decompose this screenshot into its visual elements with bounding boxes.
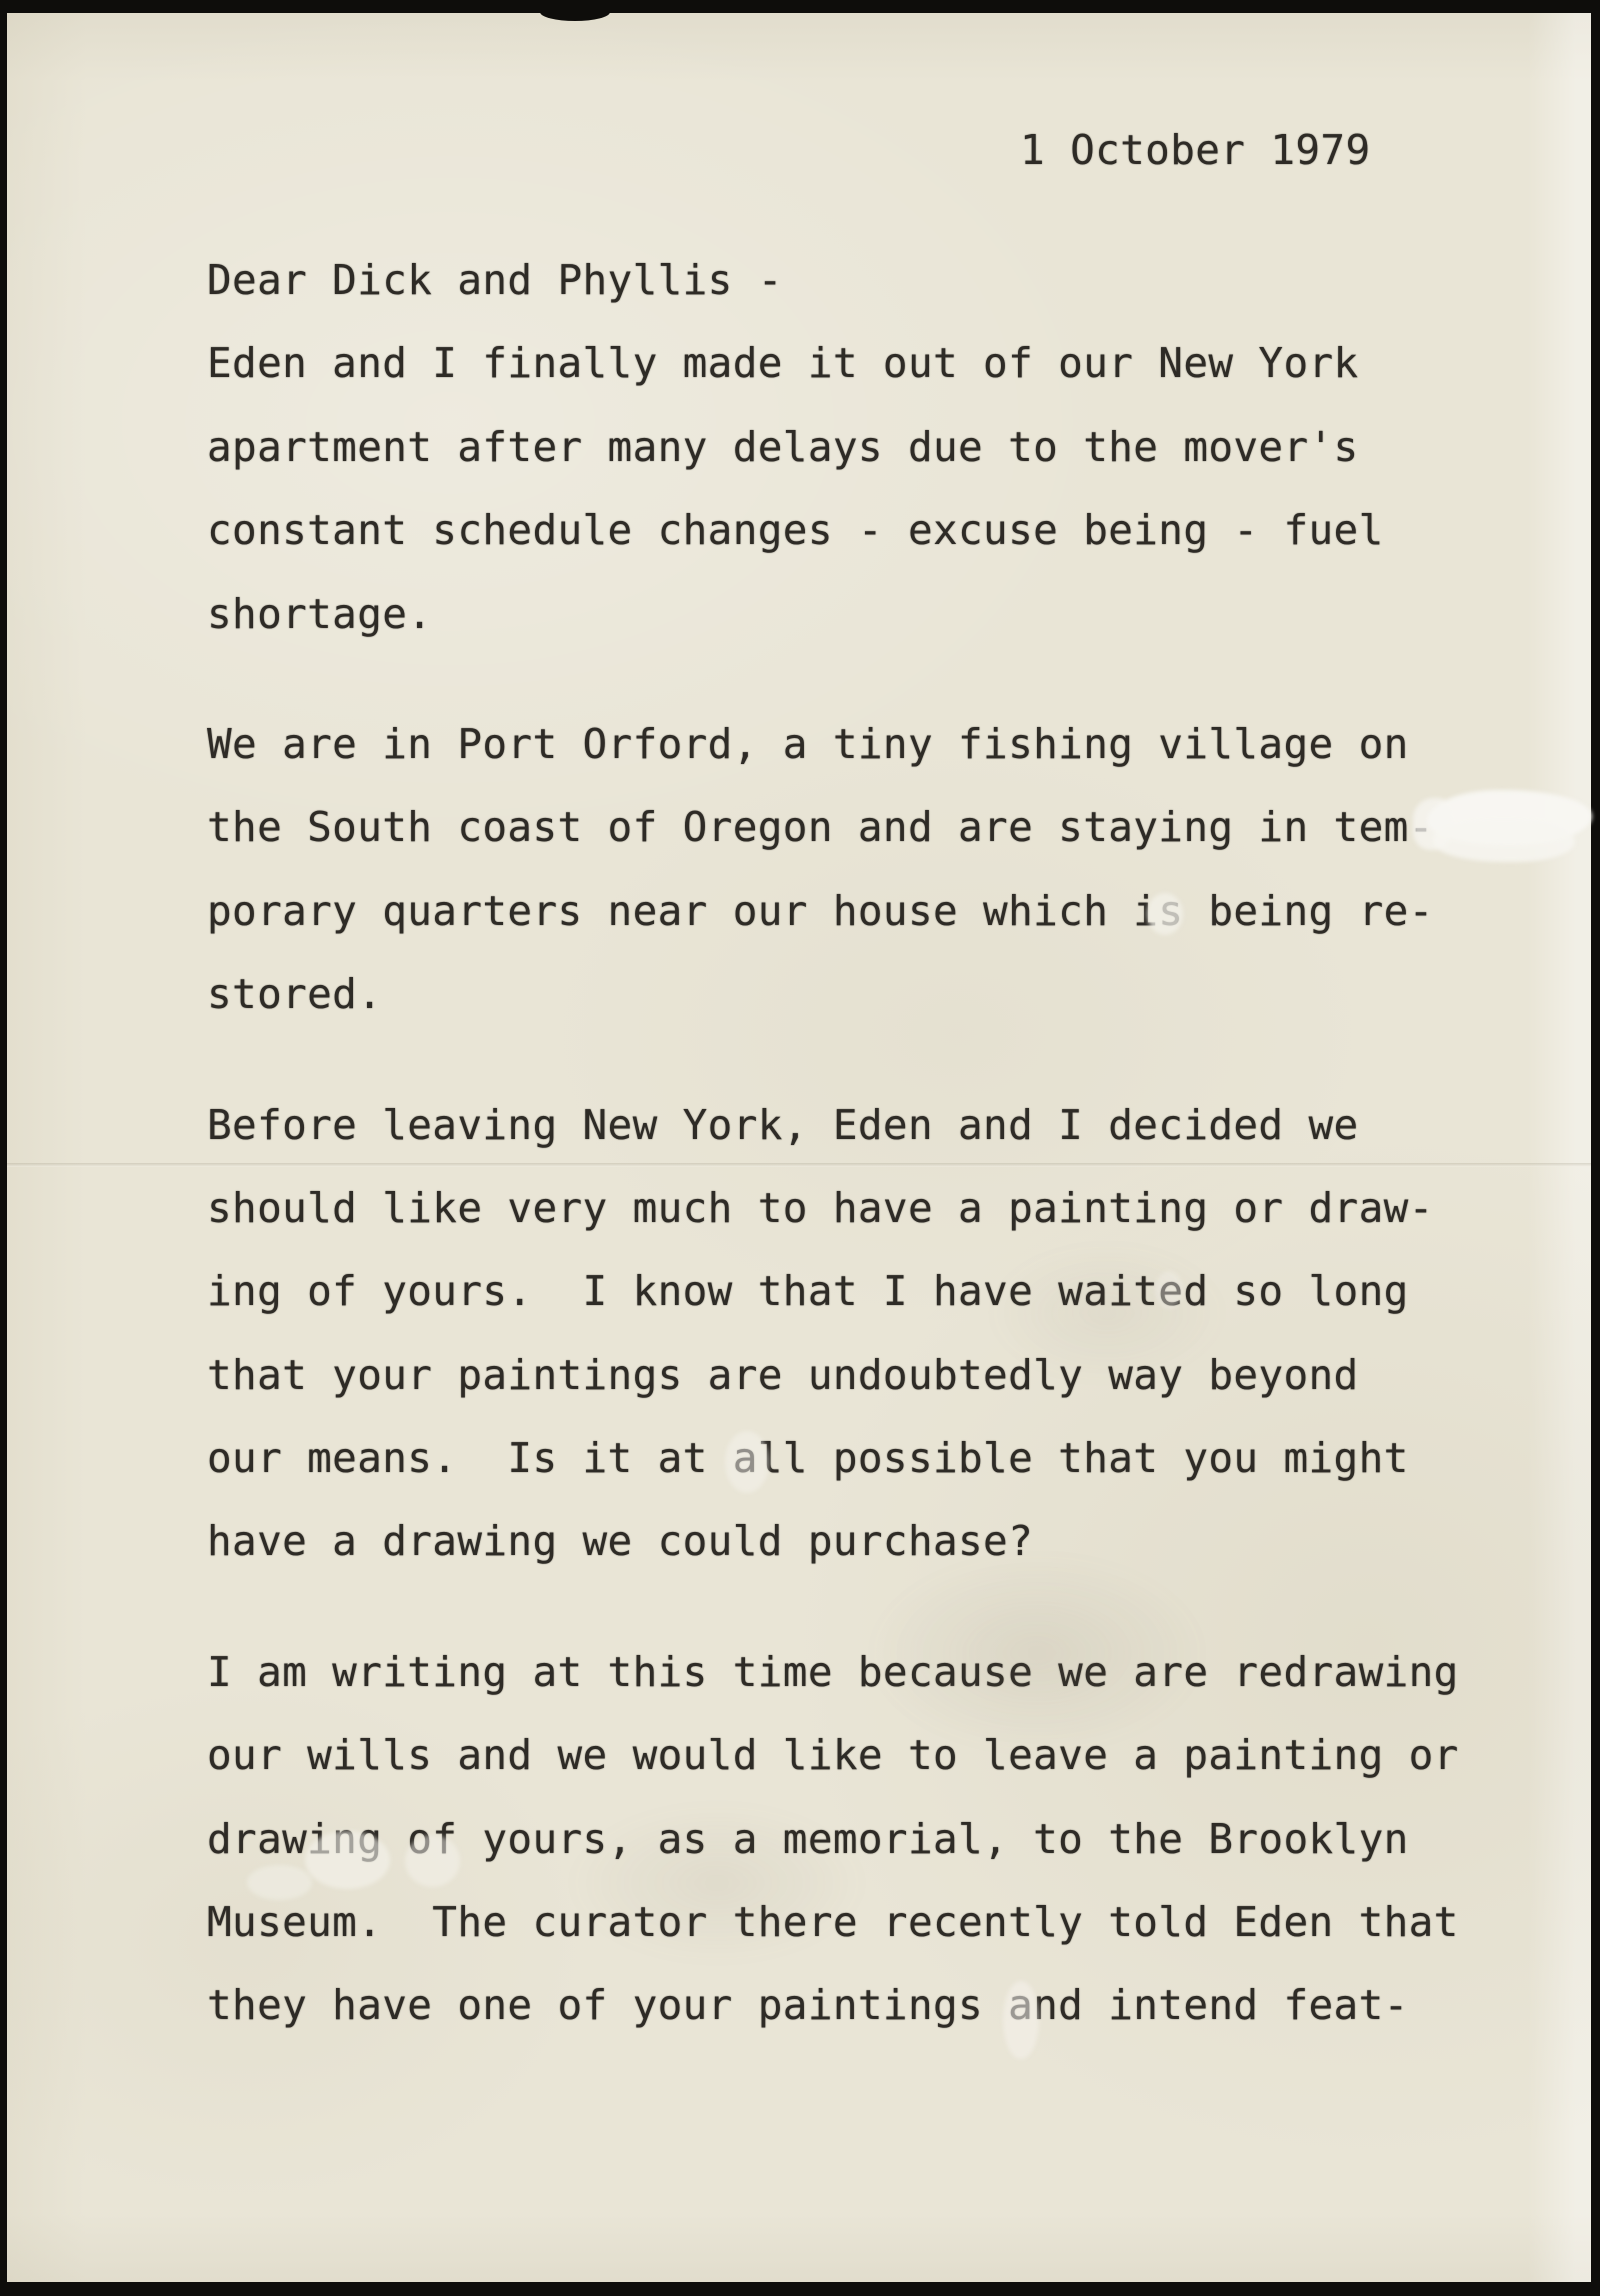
letter-line: I am writing at this time because we are… xyxy=(207,1631,1459,1714)
letter-date: 1 October 1979 xyxy=(1020,109,1370,192)
letter-line: they have one of your paintings and inte… xyxy=(207,1964,1459,2047)
paragraph: Before leaving New York, Eden and I deci… xyxy=(207,1084,1459,1584)
letter-line: Eden and I finally made it out of our Ne… xyxy=(207,322,1459,405)
scanned-letter: 1 October 1979 Dear Dick and Phyllis - E… xyxy=(0,0,1600,2296)
correction-fluid-mark xyxy=(247,1865,312,1900)
letter-line: We are in Port Orford, a tiny fishing vi… xyxy=(207,703,1459,786)
letter-line: our means. Is it at all possible that yo… xyxy=(207,1417,1459,1500)
letter-paragraphs: Eden and I finally made it out of our Ne… xyxy=(207,322,1459,2047)
correction-fluid-mark xyxy=(1427,790,1592,845)
letter-body: Dear Dick and Phyllis - Eden and I final… xyxy=(207,239,1459,2048)
ink-showthrough-mark xyxy=(567,1803,867,1963)
correction-fluid-mark xyxy=(1003,1981,1039,2059)
letter-page: 1 October 1979 Dear Dick and Phyllis - E… xyxy=(7,13,1591,2282)
letter-line: that your paintings are undoubtedly way … xyxy=(207,1334,1459,1417)
letter-line: porary quarters near our house which is … xyxy=(207,870,1459,953)
letter-line: should like very much to have a painting… xyxy=(207,1167,1459,1250)
ink-showthrough-mark xyxy=(987,1243,1227,1383)
paragraph: Eden and I finally made it out of our Ne… xyxy=(207,322,1459,656)
correction-fluid-mark xyxy=(1147,893,1183,935)
paragraph: We are in Port Orford, a tiny fishing vi… xyxy=(207,703,1459,1037)
letter-line: our wills and we would like to leave a p… xyxy=(207,1714,1459,1797)
letter-line: stored. xyxy=(207,953,1459,1036)
letter-line: Before leaving New York, Eden and I deci… xyxy=(207,1084,1459,1167)
letter-line: have a drawing we could purchase? xyxy=(207,1500,1459,1583)
correction-fluid-mark xyxy=(405,1835,460,1887)
ink-showthrough-mark xyxy=(867,1553,1207,1753)
letter-line: shortage. xyxy=(207,573,1459,656)
letter-line: the South coast of Oregon and are stayin… xyxy=(207,786,1459,869)
letter-line: constant schedule changes - excuse being… xyxy=(207,489,1459,572)
correction-fluid-mark xyxy=(305,1831,390,1889)
paper-fold-crease xyxy=(7,1163,1591,1167)
letter-line: ing of yours. I know that I have waited … xyxy=(207,1250,1459,1333)
correction-fluid-mark xyxy=(725,1431,769,1493)
letter-line: apartment after many delays due to the m… xyxy=(207,406,1459,489)
salutation-line: Dear Dick and Phyllis - xyxy=(207,239,1459,322)
